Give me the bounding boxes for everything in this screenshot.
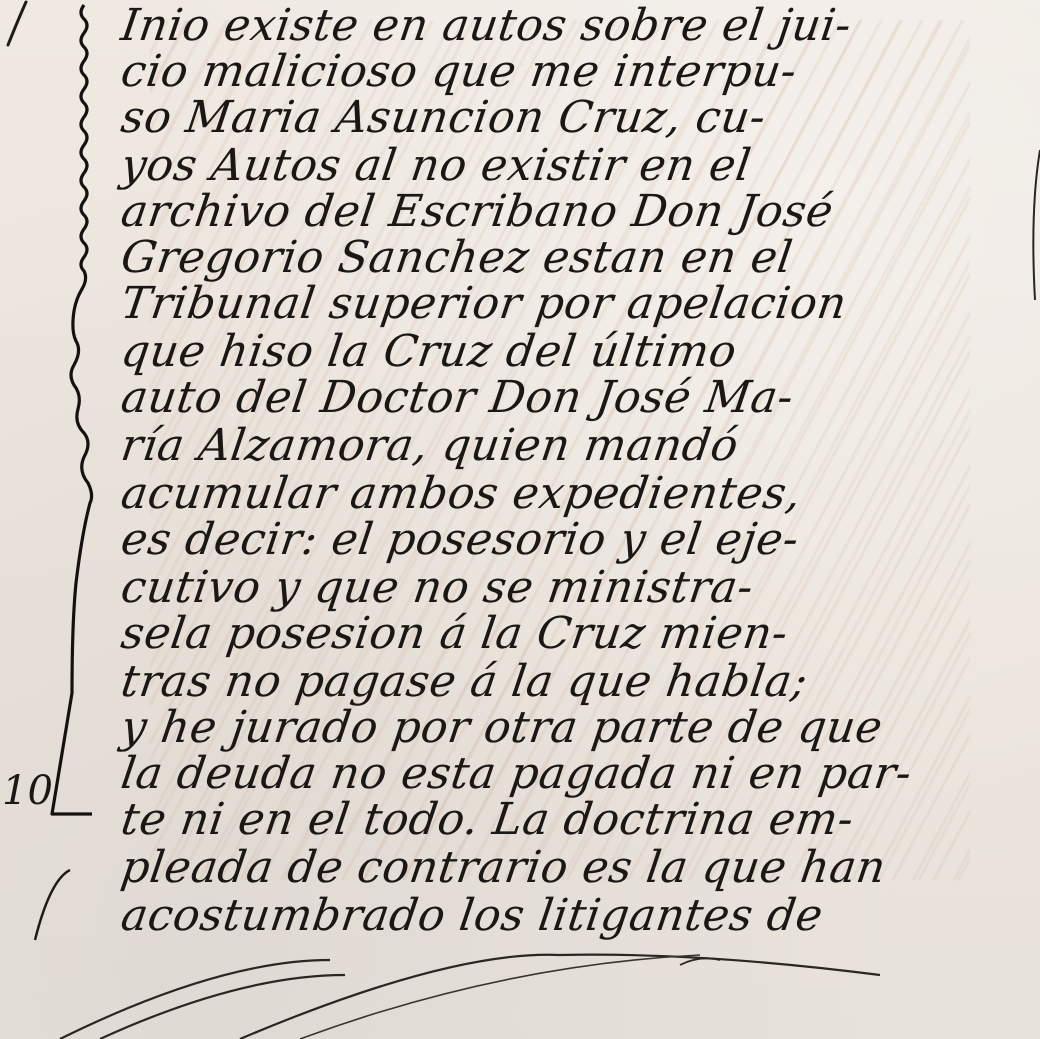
- text-line-12: es decir: el posesorio y el eje-: [118, 514, 802, 565]
- text-line-7: Tribunal superior por apelacion: [118, 278, 850, 329]
- text-line-20: acostumbrado los litigantes de: [118, 890, 826, 941]
- text-line-14: sela posesion á la Cruz mien-: [118, 608, 791, 659]
- text-line-10: ría Alzamora, quien mandó: [118, 420, 742, 471]
- text-line-17: la deuda no esta pagada ni en par-: [118, 748, 915, 799]
- manuscript-page: 10 Inio existe en autos sobre el jui- ci…: [0, 0, 1040, 1039]
- text-line-19: pleada de contrario es la que han: [118, 842, 889, 893]
- text-line-16: y he jurado por otra parte de que: [118, 702, 886, 753]
- text-line-11: acumular ambos expedientes,: [118, 468, 804, 519]
- text-line-1: Inio existe en autos sobre el jui-: [118, 0, 855, 51]
- text-line-13: cutivo y que no se ministra-: [118, 562, 757, 613]
- text-line-3: so Maria Asuncion Cruz, cu-: [118, 92, 769, 143]
- text-line-9: auto del Doctor Don José Ma-: [118, 372, 797, 423]
- text-line-5: archivo del Escribano Don José: [118, 186, 837, 237]
- text-line-18: te ni en el todo. La doctrina em-: [118, 794, 857, 845]
- text-line-2: cio malicioso que me interpu-: [118, 46, 800, 97]
- text-line-6: Gregorio Sanchez estan en el: [118, 232, 796, 283]
- text-line-4: yos Autos al no existir en el: [118, 140, 754, 191]
- text-line-15: tras no pagase á la que habla;: [118, 656, 811, 707]
- margin-folio-number: 10: [2, 768, 53, 814]
- text-line-8: que hiso la Cruz del último: [118, 326, 740, 377]
